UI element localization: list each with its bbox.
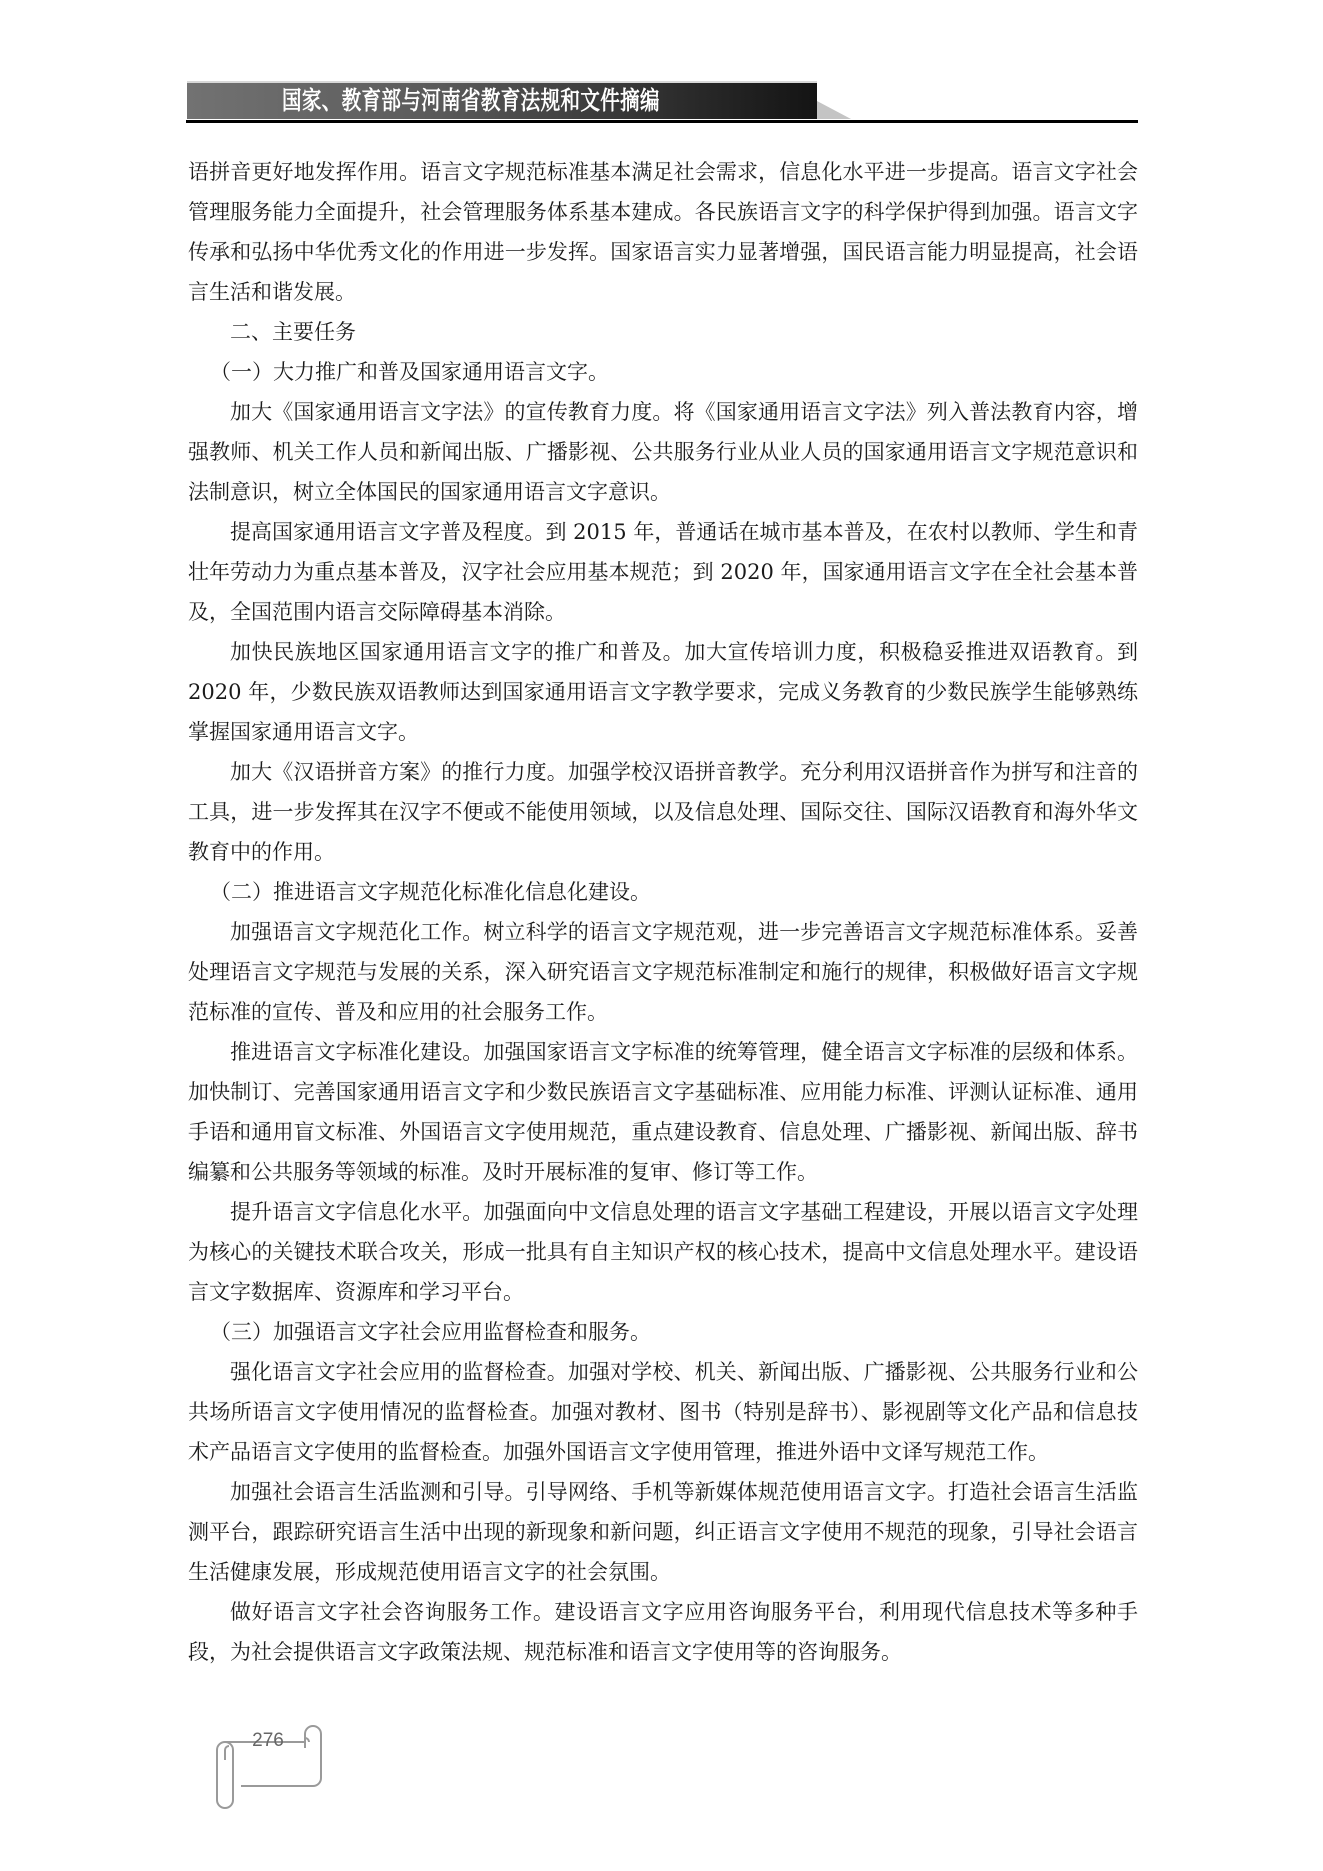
paragraph: 强化语言文字社会应用的监督检查。加强对学校、机关、新闻出版、广播影视、公共服务行… (188, 1352, 1138, 1472)
header-rule (186, 120, 1138, 123)
paragraph: 提升语言文字信息化水平。加强面向中文信息处理的语言文字基础工程建设，开展以语言文… (188, 1192, 1138, 1312)
page-number: 276 (235, 1730, 301, 1752)
header-banner-fold (817, 101, 851, 119)
paragraph: 做好语言文字社会咨询服务工作。建设语言文字应用咨询服务平台，利用现代信息技术等多… (188, 1592, 1138, 1672)
paragraph: 推进语言文字标准化建设。加强国家语言文字标准的统筹管理，健全语言文字标准的层级和… (188, 1032, 1138, 1192)
paragraph: 加快民族地区国家通用语言文字的推广和普及。加大宣传培训力度，积极稳妥推进双语教育… (188, 632, 1138, 752)
document-page: 国家、教育部与河南省教育法规和文件摘编 语拼音更好地发挥作用。语言文字规范标准基… (0, 0, 1323, 1871)
paragraph: 加强社会语言生活监测和引导。引导网络、手机等新媒体规范使用语言文字。打造社会语言… (188, 1472, 1138, 1592)
running-header-title: 国家、教育部与河南省教育法规和文件摘编 (282, 83, 660, 119)
paragraph: 加大《国家通用语言文字法》的宣传教育力度。将《国家通用语言文字法》列入普法教育内… (188, 392, 1138, 512)
paragraph: 提高国家通用语言文字普及程度。到 2015 年，普通话在城市基本普及，在农村以教… (188, 512, 1138, 632)
paragraph-continuation: 语拼音更好地发挥作用。语言文字规范标准基本满足社会需求，信息化水平进一步提高。语… (188, 152, 1138, 312)
paragraph: 加大《汉语拼音方案》的推行力度。加强学校汉语拼音教学。充分利用汉语拼音作为拼写和… (188, 752, 1138, 872)
page-number-badge: 276 (205, 1720, 330, 1812)
section-heading: 二、主要任务 (188, 312, 1138, 352)
subsection-heading: （一）大力推广和普及国家通用语言文字。 (188, 352, 1138, 392)
subsection-heading: （三）加强语言文字社会应用监督检查和服务。 (188, 1312, 1138, 1352)
subsection-heading: （二）推进语言文字规范化标准化信息化建设。 (188, 872, 1138, 912)
body-text: 语拼音更好地发挥作用。语言文字规范标准基本满足社会需求，信息化水平进一步提高。语… (188, 152, 1138, 1672)
paragraph: 加强语言文字规范化工作。树立科学的语言文字规范观，进一步完善语言文字规范标准体系… (188, 912, 1138, 1032)
running-header-banner: 国家、教育部与河南省教育法规和文件摘编 (187, 83, 817, 119)
